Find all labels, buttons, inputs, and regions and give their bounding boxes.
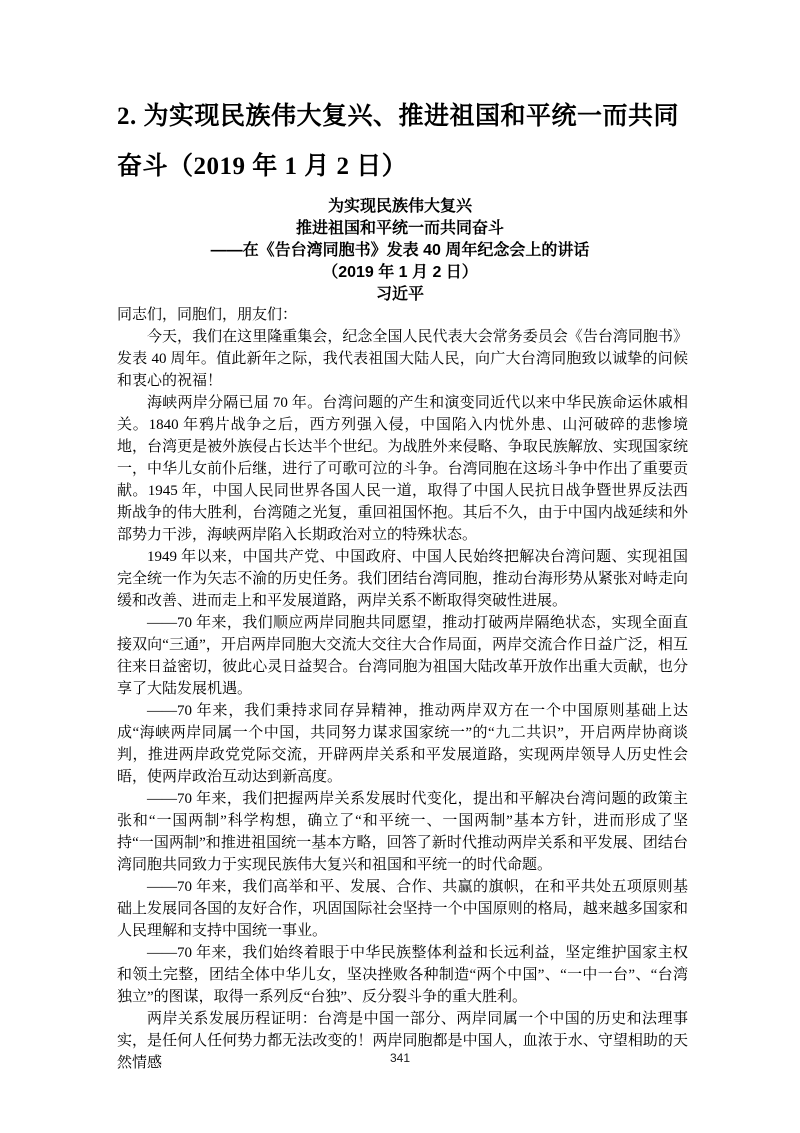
speech-body: 同志们，同胞们，朋友们： 今天，我们在这里隆重集会，纪念全国人民代表大会常务委员… (117, 304, 688, 1074)
paragraph-5: ——70 年来，我们秉持求同存异精神，推动两岸双方在一个中国原则基础上达成“海峡… (117, 700, 688, 788)
paragraph-3: 1949 年以来，中国共产党、中国政府、中国人民始终把解决台湾问题、实现祖国完全… (117, 546, 688, 612)
chapter-title: 2. 为实现民族伟大复兴、推进祖国和平统一而共同奋斗（2019 年 1 月 2 … (117, 92, 692, 192)
speech-date: （2019 年 1 月 2 日） (0, 262, 800, 284)
document-page: 2. 为实现民族伟大复兴、推进祖国和平统一而共同奋斗（2019 年 1 月 2 … (0, 0, 800, 1133)
paragraph-8: ——70 年来，我们始终着眼于中华民族整体利益和长远利益，坚定维护国家主权和领土… (117, 942, 688, 1008)
speaker-name: 习近平 (0, 284, 800, 306)
paragraph-6: ——70 年来，我们把握两岸关系发展时代变化，提出和平解决台湾问题的政策主张和“… (117, 788, 688, 876)
speech-title-line-2: 推进祖国和平统一而共同奋斗 (0, 218, 800, 240)
page-number: 341 (0, 1051, 800, 1065)
speech-subtitle: ——在《告台湾同胞书》发表 40 周年纪念会上的讲话 (0, 240, 800, 262)
speech-heading: 为实现民族伟大复兴 推进祖国和平统一而共同奋斗 ——在《告台湾同胞书》发表 40… (0, 196, 800, 306)
paragraph-7: ——70 年来，我们高举和平、发展、合作、共赢的旗帜，在和平共处五项原则基础上发… (117, 876, 688, 942)
speech-title-line-1: 为实现民族伟大复兴 (0, 196, 800, 218)
paragraph-2: 海峡两岸分隔已届 70 年。台湾问题的产生和演变同近代以来中华民族命运休戚相关。… (117, 392, 688, 546)
salutation-line: 同志们，同胞们，朋友们： (117, 304, 688, 326)
paragraph-1: 今天，我们在这里隆重集会，纪念全国人民代表大会常务委员会《告台湾同胞书》发表 4… (117, 326, 688, 392)
paragraph-4: ——70 年来，我们顺应两岸同胞共同愿望，推动打破两岸隔绝状态，实现全面直接双向… (117, 612, 688, 700)
